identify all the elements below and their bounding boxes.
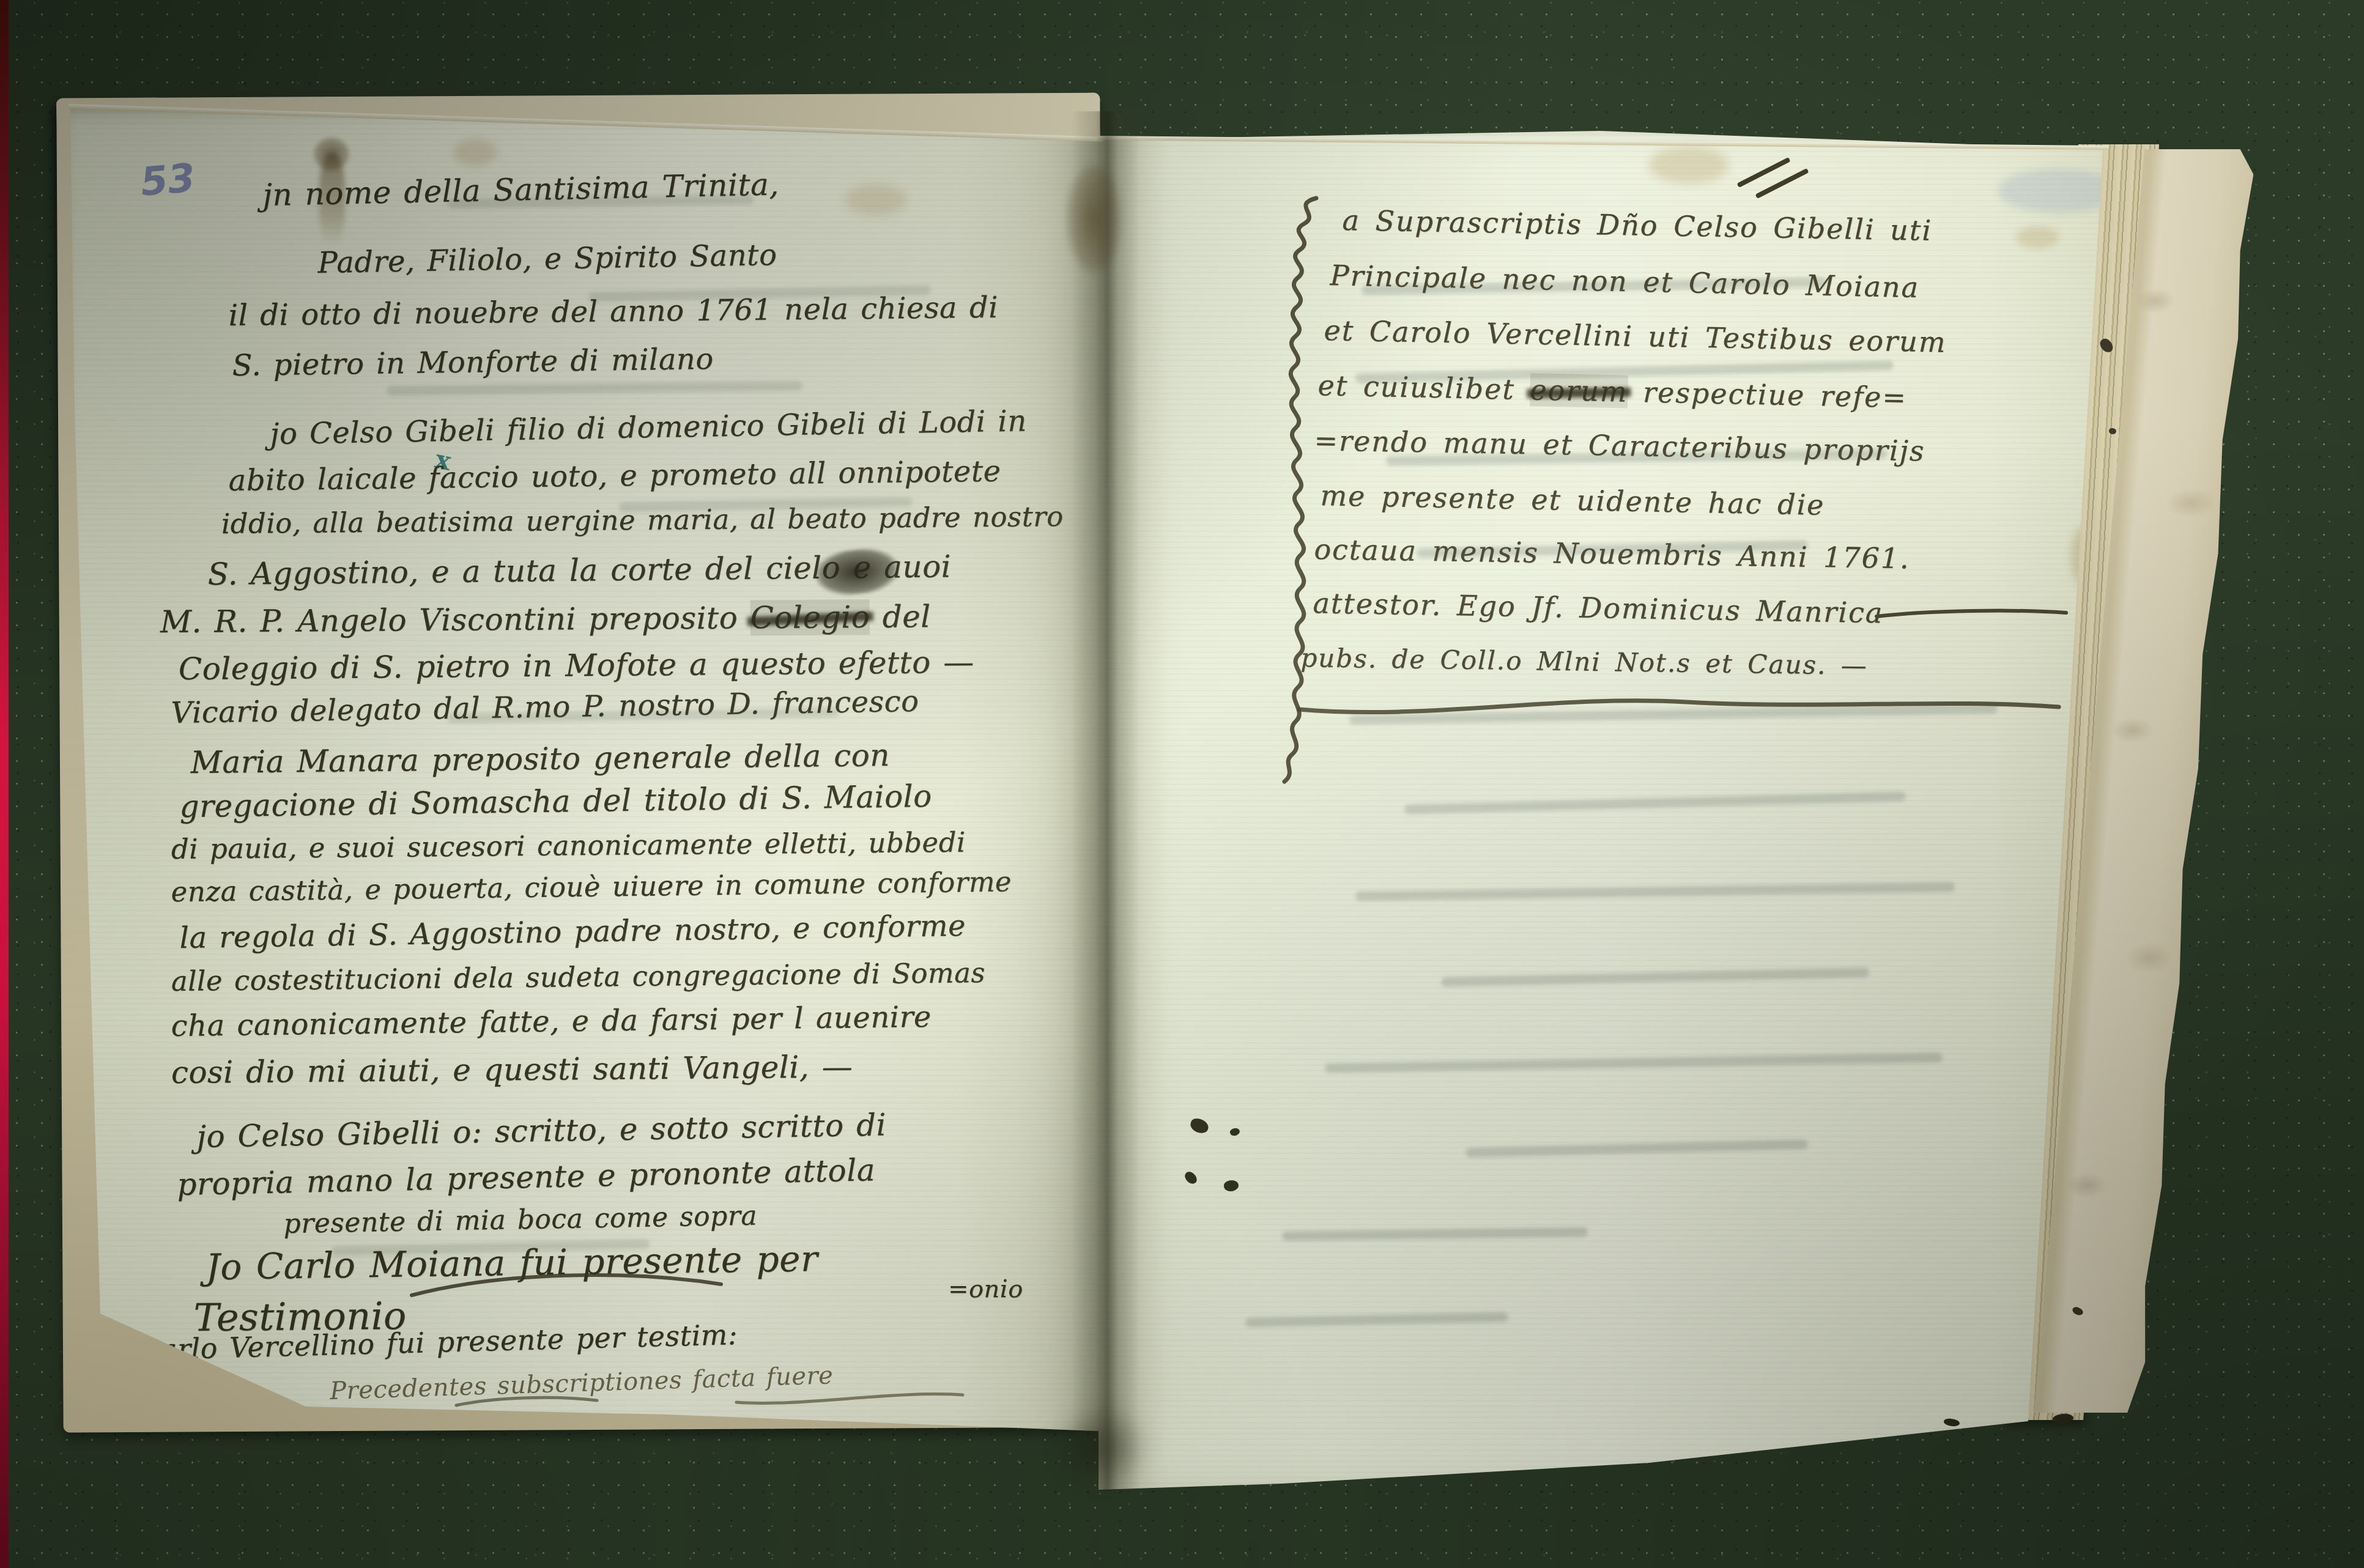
manuscript-line: jo Celso Gibeli filio di domenico Gibeli… — [270, 404, 1027, 451]
ghost-text-line — [1245, 1312, 1508, 1327]
manuscript-line: gregacione di Somascha del titolo di S. … — [179, 778, 932, 824]
ghost-text-line — [387, 381, 802, 396]
manuscript-line: et cuiuslibet eorum respectiue refe= — [1317, 369, 1907, 414]
manuscript-line: enza castità, e pouerta, ciouè uiuere in… — [171, 865, 1012, 908]
ghost-text-line — [1355, 882, 1955, 901]
ink-blot — [813, 545, 900, 599]
photo-background: 53 jn nome della Santisima Trinita, Padr… — [0, 0, 2364, 1568]
stain — [454, 139, 497, 166]
manuscript-line: attestor. Ego Jf. Dominicus Manrica — [1313, 586, 1884, 629]
ghost-text-line — [1282, 1227, 1588, 1241]
manuscript-line: =rendo manu et Caracteribus proprijs — [1314, 424, 1925, 467]
pen-flourish — [408, 1268, 726, 1303]
manuscript-line: cha canonicamente fatte, e da farsi per … — [171, 1000, 932, 1043]
manuscript-line: propria mano la presente e prononte atto… — [177, 1152, 876, 1202]
manuscript-line: jn nome della Santisima Trinita, — [262, 166, 779, 213]
stain — [1649, 147, 1729, 183]
ghost-text-line — [1325, 1052, 1943, 1073]
manuscript-line: presente di mia boca come sopra — [283, 1200, 757, 1240]
manuscript-line: di pauia, e suoi sucesori canonicamente … — [171, 826, 966, 865]
struck-word: eorum — [1530, 373, 1628, 408]
stain — [845, 185, 906, 215]
manuscript-line: il di otto di nouebre del anno 1761 nela… — [228, 290, 998, 333]
ghost-text-line — [1441, 967, 1869, 987]
ink-speck — [1188, 1117, 1210, 1135]
manuscript-line: alle costestitucioni dela sudeta congreg… — [171, 956, 985, 997]
line-text: del — [870, 599, 931, 635]
manuscript-line: Padre, Filiolo, e Spirito Santo — [317, 238, 777, 280]
struck-word: Colegio — [750, 599, 870, 635]
manuscript-line: jo Celso Gibelli o: scritto, e sotto scr… — [196, 1107, 886, 1155]
page-number: 53 — [139, 155, 197, 205]
manuscript-line: cosi dio mi aiuti, e questi santi Vangel… — [171, 1049, 853, 1090]
stain — [313, 137, 350, 171]
ink-speck — [1182, 1170, 1199, 1186]
manuscript-line: S. pietro in Monforte di milano — [232, 342, 714, 383]
line-text: M. R. P. Angelo Viscontini preposito — [160, 600, 750, 640]
line-text: respectiue refe= — [1628, 375, 1908, 415]
pen-dash — [1874, 604, 2070, 623]
manuscript-line: =onio — [948, 1275, 1023, 1303]
left-page: 53 jn nome della Santisima Trinita, Padr… — [69, 105, 1102, 1451]
ink-speck — [1229, 1127, 1240, 1137]
manuscript-line: Principale nec non et Carolo Moiana — [1330, 259, 1920, 304]
pen-flourish — [454, 1389, 601, 1411]
manuscript-line: me presente et uidente hac die — [1320, 479, 1825, 522]
right-page: a Suprascriptis Dño Celso Gibelli uti Pr… — [1099, 122, 2109, 1495]
manuscript-line: abito laicale faccio uoto, e prometo all… — [228, 454, 1001, 498]
ink-speck — [1223, 1179, 1239, 1193]
manuscript-line: a Suprascriptis Dño Celso Gibelli uti — [1342, 204, 1932, 247]
manuscript-line: iddio, alla beatisima uergine maria, al … — [221, 500, 1064, 540]
red-scanner-strip — [0, 0, 9, 1568]
ink-speck — [2109, 428, 2116, 434]
flourish-underline — [1295, 689, 2066, 725]
ghost-text-line — [1465, 1139, 1808, 1158]
line-text: et cuiuslibet — [1317, 369, 1530, 406]
pen-flourish — [734, 1385, 966, 1410]
manuscript-line: Vicario delegato dal R.mo P. nostro D. f… — [171, 684, 919, 730]
manuscript-line: octaua mensis Nouembris Anni 1761. — [1314, 533, 1910, 575]
manuscript-line: et Carolo Vercellini uti Testibus eorum — [1324, 314, 1947, 359]
ghost-text-line — [1404, 791, 1906, 814]
manuscript-line: Coleggio di S. pietro in Mofote a questo… — [178, 645, 974, 687]
stain — [2016, 226, 2059, 248]
manuscript-line: pubs. de Coll.o Mlni Not.s et Caus. — — [1300, 643, 1868, 681]
manuscript-line: la regola di S. Aggostino padre nostro, … — [179, 909, 966, 955]
manuscript-line: Maria Manara preposito generale della co… — [190, 738, 890, 780]
manuscript-line: M. R. P. Angelo Viscontini preposito Col… — [160, 599, 931, 640]
